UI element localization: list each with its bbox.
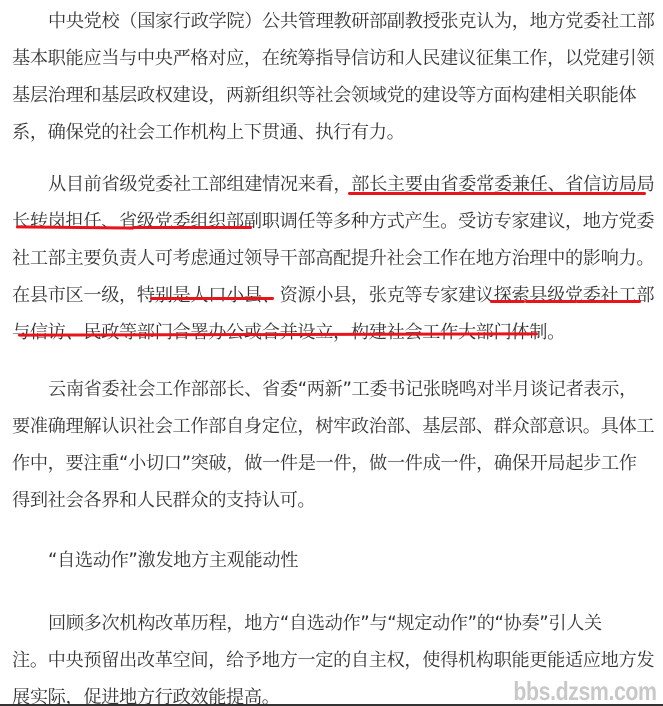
section-heading: “自选动作”激发地方主观能动性 [48,549,298,573]
red-underline-annotation [150,297,212,300]
red-underline-annotation [348,192,646,195]
text-line: 注。中央预留出改革空间，给予地方一定的自主权，使得机构职能更能适应地方发 [12,649,654,673]
text-line: 展实际，促进地方行政效能提高。 [12,686,280,706]
text-line: 作中，要注重“小切口”突破，做一件是一件，做一件成一件，确保开局起步工作 [12,452,637,476]
watermark: bbs.dzsm.com [514,676,657,706]
text-line: 要准确理解认识社会工作部自身定位，树牢政治部、基层部、群众部意识。具体工 [12,415,654,439]
text-line: 中央党校（国家行政学院）公共管理教研部副教授张克认为，地方党委社工部 [48,10,654,34]
text-line: 得到社会各界和人民群众的支持认可。 [12,489,315,513]
text-line: 云南省委社会工作部部长、省委“两新”工委书记张晓鸣对半月谈记者表示， [48,378,637,402]
red-underline-annotation [212,297,274,300]
red-underline-annotation [132,226,252,229]
red-underline-annotation [576,300,641,303]
text-line: 社工部主要负责人可考虑通过领导干部高配提升社会工作在地方治理中的影响力。 [12,247,654,271]
text-line: 基本职能应当与中央严格对应，在统筹指导信访和人民建议征集工作，以党建引领 [12,47,654,71]
text-line: 回顾多次机构改革历程，地方“自选动作”与“规定动作”的“协奏”引人关 [48,612,602,636]
text-line: 基层治理和基层政权建设，两新组织等社会领域党的建设等方面构建相关职能体 [12,84,636,108]
red-underline-annotation [525,300,577,303]
red-underline-annotation [490,300,525,303]
text-line: 长转岗担任、省级党委组织部副职调任等多种方式产生。受访专家建议，地方党委 [12,210,654,234]
text-line: 在县市区一级，特别是人口小县、资源小县，张克等专家建议探索县级党委社工部 [12,284,654,308]
text-line: 系，确保党的社会工作机构上下贯通、执行有力。 [12,121,404,145]
